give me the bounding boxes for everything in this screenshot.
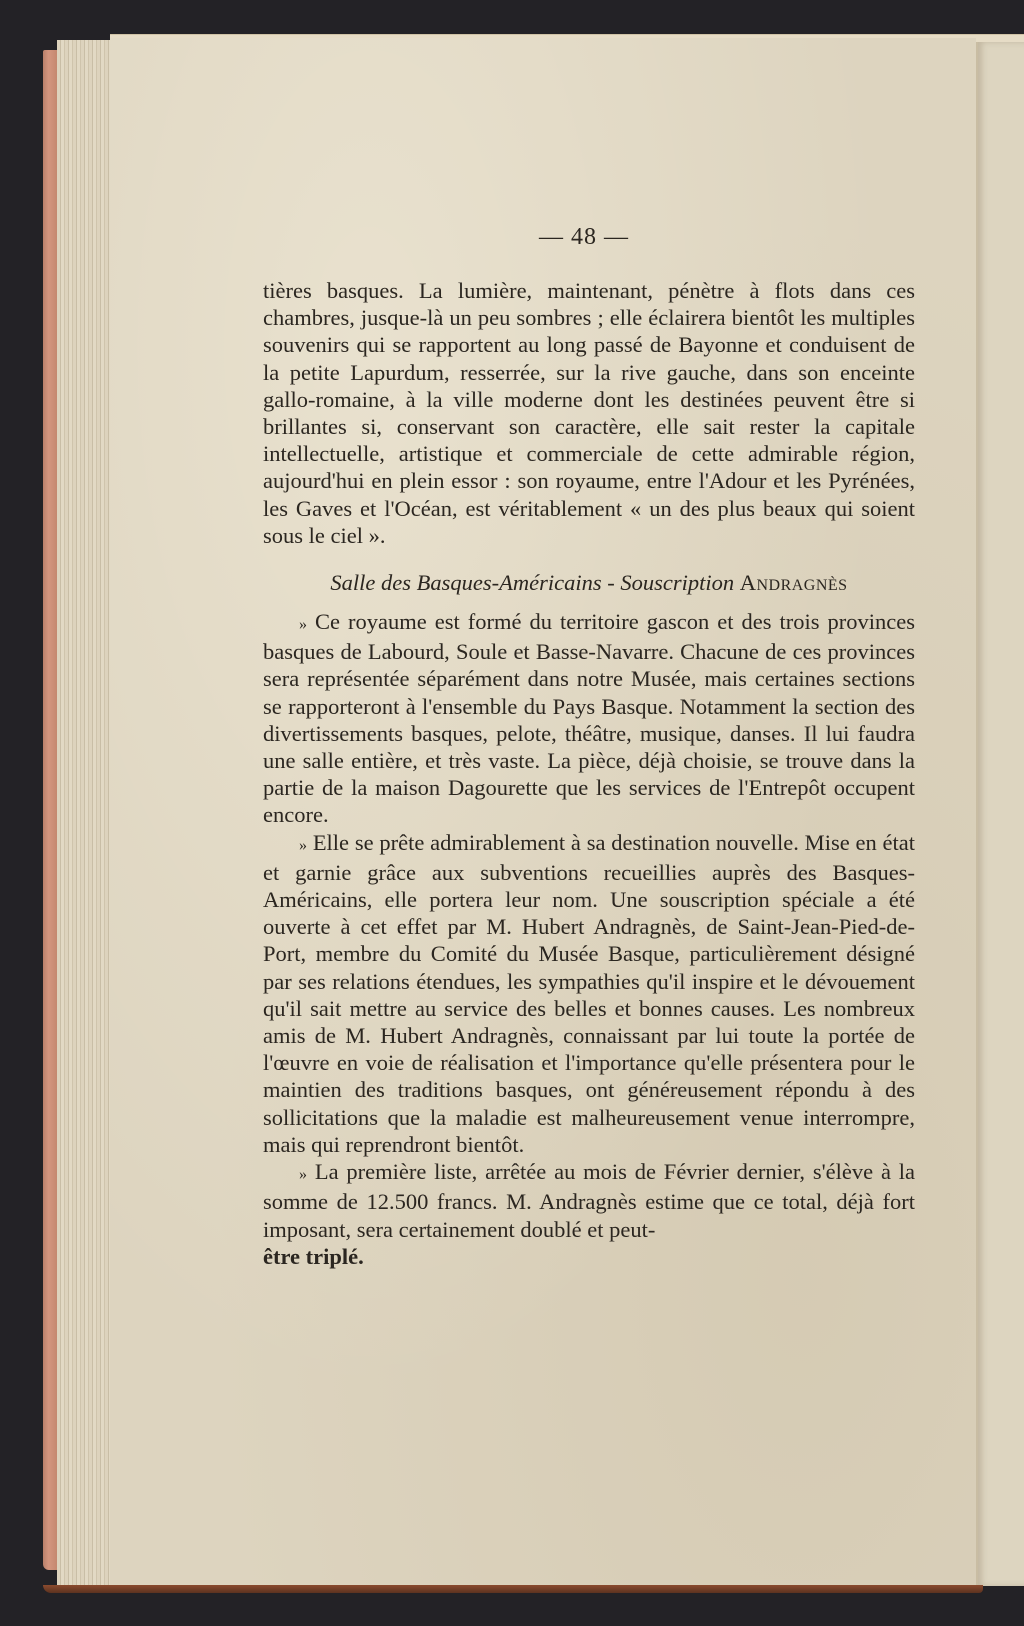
facing-page-edge [976, 42, 1024, 1586]
section-heading: Salle des Basques-Américains - Souscript… [263, 569, 915, 596]
paragraph-text: Elle se prête admirablement à sa destina… [263, 830, 915, 1157]
book-bottom-cover [43, 1585, 983, 1593]
body-paragraph-2: » Elle se prête admirablement à sa desti… [263, 829, 915, 1158]
section-heading-name: Andragnès [740, 570, 848, 595]
quote-mark: » [299, 837, 307, 854]
page-stack-edges [57, 40, 115, 1585]
quote-mark: » [299, 1166, 307, 1183]
book-cover-edge [43, 50, 57, 1570]
paragraph-text: Ce royaume est formé du territoire gasco… [263, 609, 915, 827]
paragraph-closing: être triplé. [263, 1244, 364, 1269]
intro-paragraph: tières basques. La lumière, maintenant, … [263, 277, 915, 549]
section-heading-title: Salle des Basques-Américains - Souscript… [330, 570, 734, 595]
paragraph-text: La première liste, arrêtée au mois de Fé… [263, 1159, 915, 1241]
body-paragraph-3: » La première liste, arrêtée au mois de … [263, 1158, 915, 1270]
page-number: — 48 — [253, 224, 915, 251]
quote-mark: » [299, 616, 307, 633]
page-text: — 48 — tières basques. La lumière, maint… [263, 224, 915, 1270]
body-paragraph-1: » Ce royaume est formé du territoire gas… [263, 608, 915, 829]
